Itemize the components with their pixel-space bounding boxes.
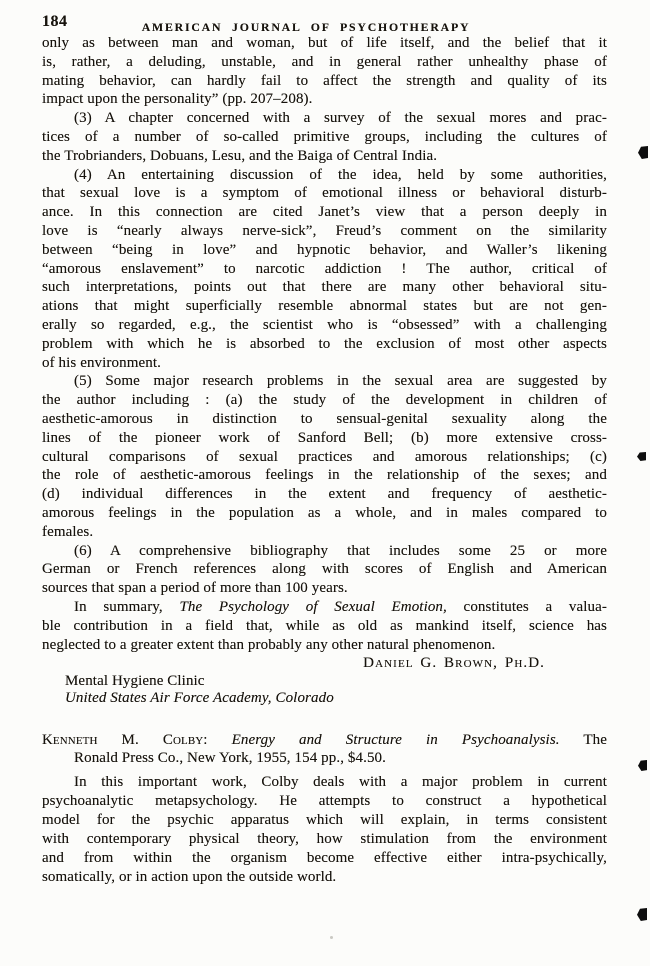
text-segment: German or French references along with s… [42, 561, 607, 577]
text-line: ance. In this connection are cited Janet… [42, 203, 607, 222]
paragraph-colby-intro: In this important work, Colby deals with… [42, 773, 607, 887]
text-line: ble contribution in a field that, while … [42, 617, 607, 636]
text-segment: In summary, [74, 599, 179, 615]
text-segment: only as between man and woman, but of li… [42, 35, 607, 51]
ink-mark-artifact [638, 146, 648, 159]
text-line: ations that might superficially resemble… [42, 297, 607, 316]
text-column: only as between man and woman, but of li… [42, 34, 607, 887]
journal-title: AMERICAN JOURNAL OF PSYCHOTHERAPY [0, 20, 612, 35]
text-line: mating behavior, can hardly fail to affe… [42, 72, 607, 91]
text-segment: (5) Some major research problems in the … [74, 373, 607, 389]
reviewer-affiliation: Mental Hygiene Clinic United States Air … [42, 673, 607, 707]
text-segment: Kenneth M. Colby: [42, 732, 208, 748]
text-segment: such interpretations, points out that th… [42, 279, 607, 295]
text-line: German or French references along with s… [42, 560, 607, 579]
text-line: amorous feelings in the population as a … [42, 504, 607, 523]
text-line: females. [42, 523, 607, 542]
text-segment: (6) A comprehensive bibliography that in… [74, 543, 607, 559]
text-segment: lines of the pioneer work of Sanford Bel… [42, 430, 607, 446]
journal-page: 184 AMERICAN JOURNAL OF PSYCHOTHERAPY on… [0, 0, 650, 966]
text-line: (5) Some major research problems in the … [42, 372, 607, 391]
ink-mark-artifact [637, 908, 647, 921]
paragraph-point-3: (3) A chapter concerned with a survey of… [42, 109, 607, 165]
text-line: model for the psychic apparatus which wi… [42, 811, 607, 830]
text-line: with contemporary physical theory, how s… [42, 830, 607, 849]
text-line: (3) A chapter concerned with a survey of… [42, 109, 607, 128]
text-segment: Energy and Structure in Psychoanalysis. [208, 732, 560, 748]
paragraph-point-6: (6) A comprehensive bibliography that in… [42, 542, 607, 598]
text-line: aesthetic-amorous in distinction to sens… [42, 410, 607, 429]
text-segment: tices of a number of so-called primitive… [42, 129, 607, 145]
text-line: neglected to a greater extent than proba… [42, 636, 607, 655]
text-segment: erally so regarded, e.g., the scientist … [42, 317, 607, 333]
text-segment: (4) An entertaining discussion of the id… [74, 167, 607, 183]
reviewer-signature: Daniel G. Brown, Ph.D. [42, 654, 607, 673]
text-segment: that sexual love is a symptom of emotion… [42, 185, 607, 201]
text-segment: Ronald Press Co., New York, 1955, 154 pp… [74, 750, 386, 766]
paragraph-review-continuation: only as between man and woman, but of li… [42, 34, 607, 109]
text-segment: between “being in love” and hypnotic beh… [42, 242, 607, 258]
text-segment: psychoanalytic metapsychology. He attemp… [42, 793, 607, 809]
text-line: of his environment. [42, 354, 607, 373]
text-segment: aesthetic-amorous in distinction to sens… [42, 411, 607, 427]
ink-mark-artifact [637, 452, 646, 461]
text-line: lines of the pioneer work of Sanford Bel… [42, 429, 607, 448]
text-segment: cultural comparisons of sexual practices… [42, 449, 607, 465]
text-segment: constitutes a valua- [447, 599, 607, 615]
text-segment: love is “nearly always nerve-sick”, Freu… [42, 223, 607, 239]
text-segment: with contemporary physical theory, how s… [42, 831, 607, 847]
text-line: only as between man and woman, but of li… [42, 34, 607, 53]
text-line: love is “nearly always nerve-sick”, Freu… [42, 222, 607, 241]
scan-speck [330, 936, 333, 939]
text-line: tices of a number of so-called primitive… [42, 128, 607, 147]
text-line: that sexual love is a symptom of emotion… [42, 184, 607, 203]
text-line: problem with which he is absorbed to the… [42, 335, 607, 354]
affiliation-line-1: Mental Hygiene Clinic [65, 673, 607, 690]
paragraph-point-4: (4) An entertaining discussion of the id… [42, 166, 607, 373]
text-line: somatically, or in action upon the outsi… [42, 868, 607, 887]
text-segment: The Psychology of Sexual Emotion, [179, 599, 446, 615]
text-segment: In this important work, Colby deals with… [74, 774, 607, 790]
text-segment: ance. In this connection are cited Janet… [42, 204, 607, 220]
text-segment: impact upon the personality” (pp. 207–20… [42, 91, 313, 107]
text-line: erally so regarded, e.g., the scientist … [42, 316, 607, 335]
book-citation: Kenneth M. Colby: Energy and Structure i… [42, 731, 607, 767]
text-line: In summary, The Psychology of Sexual Emo… [42, 598, 607, 617]
text-segment: of his environment. [42, 355, 161, 371]
text-line: between “being in love” and hypnotic beh… [42, 241, 607, 260]
text-line: the role of aesthetic-amorous feelings i… [42, 466, 607, 485]
paragraph-point-5: (5) Some major research problems in the … [42, 372, 607, 541]
text-line: In this important work, Colby deals with… [42, 773, 607, 792]
text-segment: is, rather, a deluding, unstable, and in… [42, 54, 607, 70]
text-line: Ronald Press Co., New York, 1955, 154 pp… [42, 749, 607, 767]
text-segment: (d) individual differences in the extent… [42, 486, 607, 502]
text-segment: neglected to a greater extent than proba… [42, 637, 495, 653]
text-segment: model for the psychic apparatus which wi… [42, 812, 607, 828]
text-segment: and from within the organism become effe… [42, 850, 607, 866]
text-segment: (3) A chapter concerned with a survey of… [74, 110, 607, 126]
text-segment: females. [42, 524, 93, 540]
text-line: the Trobrianders, Dobuans, Lesu, and the… [42, 147, 607, 166]
text-line: sources that span a period of more than … [42, 579, 607, 598]
text-segment: the role of aesthetic-amorous feelings i… [42, 467, 607, 483]
affiliation-line-2: United States Air Force Academy, Colorad… [65, 690, 607, 707]
paragraph-summary: In summary, The Psychology of Sexual Emo… [42, 598, 607, 654]
text-line: is, rather, a deluding, unstable, and in… [42, 53, 607, 72]
text-segment: somatically, or in action upon the outsi… [42, 869, 336, 885]
text-line: psychoanalytic metapsychology. He attemp… [42, 792, 607, 811]
text-segment: The [560, 732, 607, 748]
text-line: cultural comparisons of sexual practices… [42, 448, 607, 467]
text-line: impact upon the personality” (pp. 207–20… [42, 90, 607, 109]
text-segment: sources that span a period of more than … [42, 580, 348, 596]
text-line: (4) An entertaining discussion of the id… [42, 166, 607, 185]
text-segment: ations that might superficially resemble… [42, 298, 607, 314]
ink-mark-artifact [638, 760, 647, 771]
text-segment: problem with which he is absorbed to the… [42, 336, 607, 352]
text-line: (d) individual differences in the extent… [42, 485, 607, 504]
text-line: Kenneth M. Colby: Energy and Structure i… [42, 731, 607, 749]
text-segment: “amorous enslavement” to narcotic addict… [42, 261, 607, 277]
text-line: (6) A comprehensive bibliography that in… [42, 542, 607, 561]
text-segment: amorous feelings in the population as a … [42, 505, 607, 521]
text-line: and from within the organism become effe… [42, 849, 607, 868]
text-line: the author including : (a) the study of … [42, 391, 607, 410]
text-segment: mating behavior, can hardly fail to affe… [42, 73, 607, 89]
text-segment: the Trobrianders, Dobuans, Lesu, and the… [42, 148, 437, 164]
text-line: such interpretations, points out that th… [42, 278, 607, 297]
text-segment: ble contribution in a field that, while … [42, 618, 607, 634]
text-segment: the author including : (a) the study of … [42, 392, 607, 408]
text-line: “amorous enslavement” to narcotic addict… [42, 260, 607, 279]
